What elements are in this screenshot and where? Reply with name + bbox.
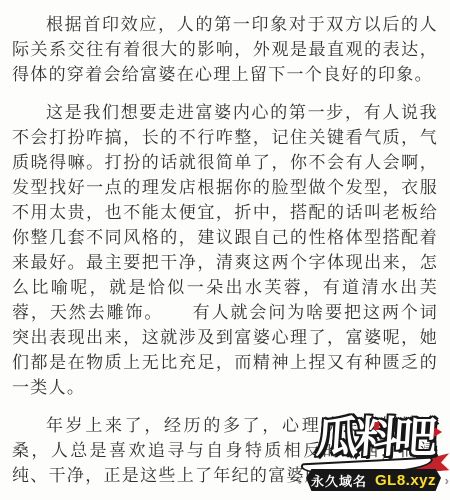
banner-label: 永久域名 — [311, 471, 367, 490]
chevron-right-icon: › — [445, 473, 449, 488]
banner-domain: GL8.xyz — [375, 472, 436, 489]
watermark-logo: 瓜料吧 永久域名 GL8.xyz ‹ › — [296, 417, 450, 491]
article-page: 根据首印效应，人的第一印象对于双方以后的人际关系交往有着很大的影响，外观是最直观… — [0, 0, 450, 500]
domain-banner: 永久域名 GL8.xyz — [306, 469, 441, 491]
paragraph-1: 根据首印效应，人的第一印象对于双方以后的人际关系交往有着很大的影响，外观是最直观… — [12, 12, 438, 87]
paragraph-2: 这是我们想要走进富婆内心的第一步，有人说我不会打扮咋搞，长的不行咋整，记住关键看… — [12, 100, 438, 400]
chevron-left-icon: ‹ — [297, 473, 301, 488]
play-triangle-icon — [434, 427, 442, 437]
